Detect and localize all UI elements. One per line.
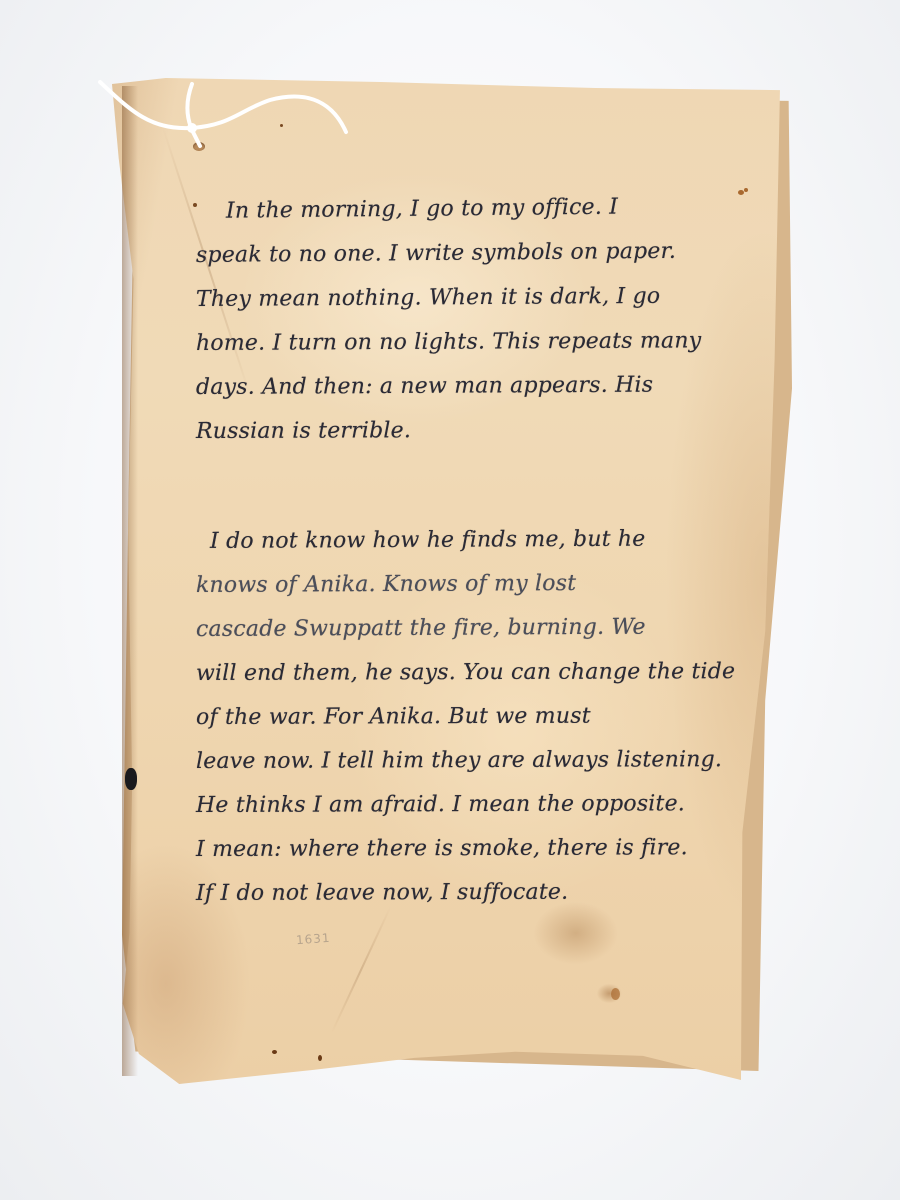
letter-line: leave now. I tell him they are always li… — [196, 738, 756, 784]
stain-spot — [272, 1050, 277, 1054]
letter-line: days. And then: a new man appears. His — [196, 363, 756, 410]
letter-line: Russian is terrible. — [196, 408, 756, 454]
letter-line: will end them, he says. You can change t… — [196, 650, 756, 696]
letter-line: He thinks I am afraid. I mean the opposi… — [196, 782, 756, 828]
stain-spot — [611, 988, 620, 1000]
letter-line: In the morning, I go to my office. I — [196, 184, 756, 234]
letter-line: I do not know how he finds me, but he — [196, 517, 756, 564]
letter-line: If I do not leave now, I suffocate. — [196, 870, 756, 916]
faint-ink-smudge: 1631 — [296, 931, 331, 947]
handwritten-letter: In the morning, I go to my office. I spe… — [196, 190, 756, 916]
stain-spot — [318, 1055, 322, 1061]
letter-line: cascade Swuppatt the fire, burning. We — [196, 605, 756, 652]
paragraph-1: In the morning, I go to my office. I spe… — [196, 190, 756, 454]
letter-line: of the war. For Anika. But we must — [196, 694, 756, 740]
letter-line: home. I turn on no lights. This repeats … — [196, 319, 756, 366]
letter-line: speak to no one. I write symbols on pape… — [196, 229, 756, 278]
ink-blot — [125, 768, 137, 790]
paragraph-2: I do not know how he finds me, but he kn… — [196, 520, 756, 916]
stain-spot — [280, 124, 283, 127]
letter-line: They mean nothing. When it is dark, I go — [196, 274, 756, 322]
letter-line: knows of Anika. Knows of my lost — [196, 561, 756, 608]
letter-line: I mean: where there is smoke, there is f… — [196, 826, 756, 872]
string-hole — [193, 142, 205, 151]
